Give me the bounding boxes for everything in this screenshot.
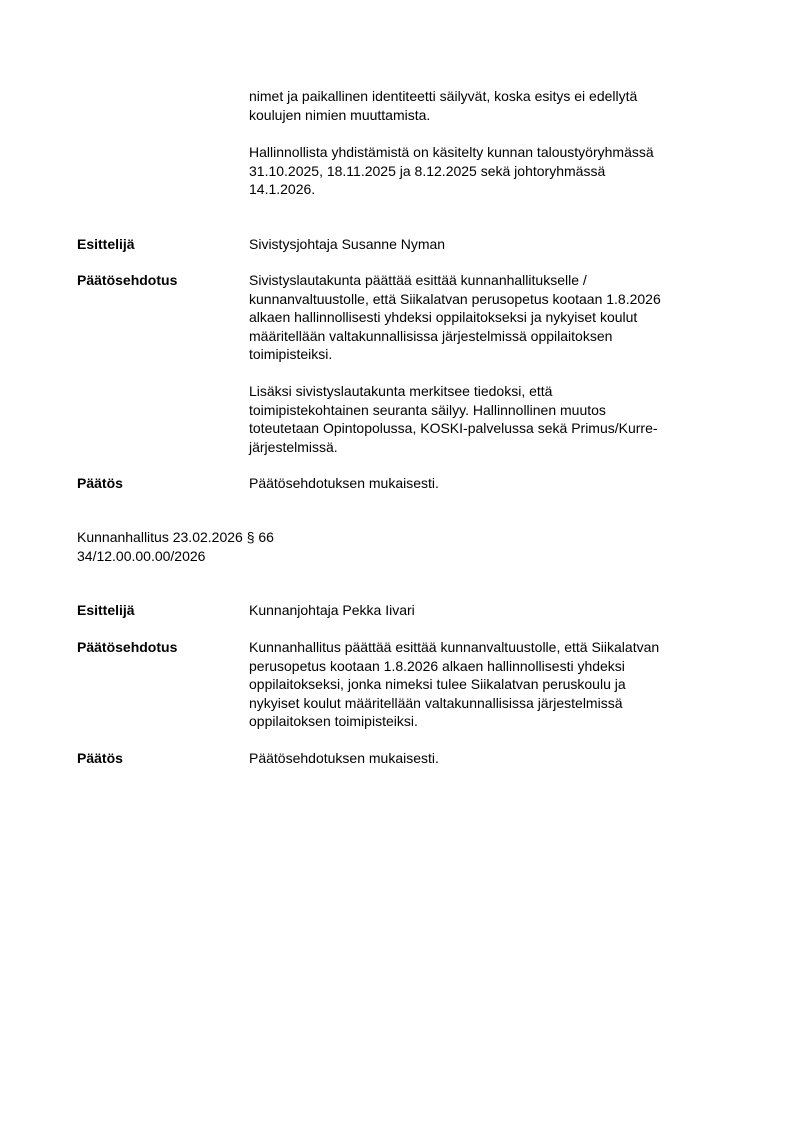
document-page: nimet ja paikallinen identiteetti säilyv… <box>0 0 794 1122</box>
section1-paatos-label: Päätös <box>77 474 123 493</box>
text-line: 14.1.2026. <box>249 180 654 199</box>
section2-esittelija-label: Esittelijä <box>77 601 135 620</box>
text-line: 31.10.2025, 18.11.2025 ja 8.12.2025 sekä… <box>249 162 654 181</box>
section1-esittelija-value: Sivistysjohtaja Susanne Nyman <box>249 235 445 254</box>
text-line: nimet ja paikallinen identiteetti säilyv… <box>249 87 637 106</box>
text-line: Lisäksi sivistyslautakunta merkitsee tie… <box>249 382 658 401</box>
text-line: Sivistyslautakunta päättää esittää kunna… <box>249 271 661 290</box>
text-line: järjestelmissä. <box>249 438 658 457</box>
text-line: oppilaitokseksi, jonka nimeksi tulee Sii… <box>249 675 659 694</box>
section1-paatosehdotus-label: Päätösehdotus <box>77 271 177 290</box>
section1-paatosehdotus-paragraph-2: Lisäksi sivistyslautakunta merkitsee tie… <box>249 382 658 456</box>
meeting-reference: Kunnanhallitus 23.02.2026 § 66 <box>77 528 274 547</box>
continuation-paragraph-1: nimet ja paikallinen identiteetti säilyv… <box>249 87 637 124</box>
case-number: 34/12.00.00.00/2026 <box>77 547 274 566</box>
continuation-paragraph-2: Hallinnollista yhdistämistä on käsitelty… <box>249 143 654 199</box>
section2-esittelija-value: Kunnanjohtaja Pekka Iivari <box>249 601 415 620</box>
section2-paatos-label: Päätös <box>77 749 123 768</box>
text-line: toteutetaan Opintopolussa, KOSKI-palvelu… <box>249 419 658 438</box>
section2-paatosehdotus-label: Päätösehdotus <box>77 638 177 657</box>
text-line: alkaen hallinnollisesti yhdeksi oppilait… <box>249 308 661 327</box>
text-line: nykyiset koulut määritellään valtakunnal… <box>249 694 659 713</box>
text-line: kunnanvaltuustolle, että Siikalatvan per… <box>249 290 661 309</box>
section2-paatosehdotus-text: Kunnanhallitus päättää esittää kunnanval… <box>249 638 659 731</box>
section2-header: Kunnanhallitus 23.02.2026 § 66 34/12.00.… <box>77 528 274 565</box>
text-line: oppilaitoksen toimipisteiksi. <box>249 712 659 731</box>
text-line: perusopetus kootaan 1.8.2026 alkaen hall… <box>249 657 659 676</box>
section1-paatos-value: Päätösehdotuksen mukaisesti. <box>249 474 439 493</box>
section1-paatosehdotus-paragraph-1: Sivistyslautakunta päättää esittää kunna… <box>249 271 661 364</box>
text-line: Hallinnollista yhdistämistä on käsitelty… <box>249 143 654 162</box>
section2-paatos-value: Päätösehdotuksen mukaisesti. <box>249 749 439 768</box>
text-line: toimipisteiksi. <box>249 345 661 364</box>
text-line: Kunnanhallitus päättää esittää kunnanval… <box>249 638 659 657</box>
text-line: toimipistekohtainen seuranta säilyy. Hal… <box>249 401 658 420</box>
section1-esittelija-label: Esittelijä <box>77 235 135 254</box>
text-line: koulujen nimien muuttamista. <box>249 106 637 125</box>
text-line: määritellään valtakunnallisissa järjeste… <box>249 327 661 346</box>
